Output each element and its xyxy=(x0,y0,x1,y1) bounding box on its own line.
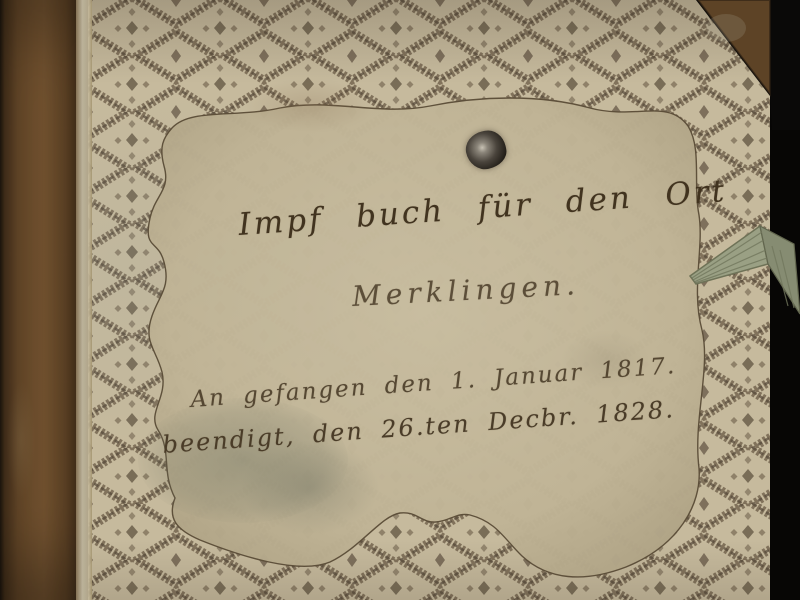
leather-spine xyxy=(0,0,80,600)
corner-svg xyxy=(660,0,800,130)
book-cover-scan: Impf buch für den Ort Merklingen. An gef… xyxy=(0,0,800,600)
ribbon-tie xyxy=(676,218,800,336)
worn-hinge-strip xyxy=(76,0,92,600)
corner-leather-triangle xyxy=(660,0,800,130)
ribbon-svg xyxy=(676,218,800,336)
